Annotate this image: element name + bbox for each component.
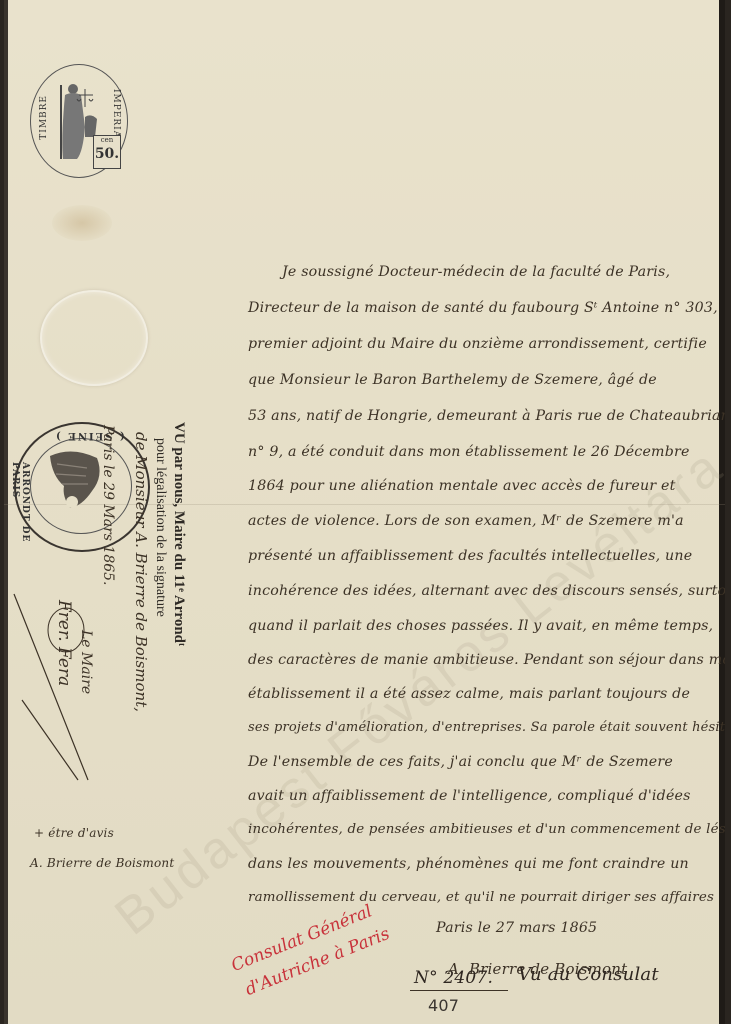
body-line: actes de violence. Lors de son examen, M… bbox=[248, 513, 684, 529]
date-line: Paris le 27 mars 1865 bbox=[436, 920, 597, 936]
document-page: Budapest Főváros Levéltára TIMBRE IMPERI… bbox=[4, 0, 725, 1024]
legalisation-handwritten-line1: de Monsieur A. Brierre de Boismont, bbox=[132, 432, 150, 712]
body-line: dans les mouvements, phénomènes qui me f… bbox=[248, 856, 689, 872]
legalisation-printed-line1: VU par nous, Maire du 11ᵉ Arrondᵗ bbox=[170, 422, 187, 646]
body-line: que Monsieur le Baron Barthelemy de Szem… bbox=[248, 372, 657, 388]
margin-note-line2: A. Brierre de Boismont bbox=[30, 856, 174, 870]
body-line: avait un affaiblissement de l'intelligen… bbox=[248, 788, 691, 804]
stamp-left-text: TIMBRE bbox=[39, 95, 49, 140]
stamp-value-box: cen 50. bbox=[93, 135, 121, 169]
body-line: incohérentes, de pensées ambitieuses et … bbox=[248, 822, 725, 837]
consulate-ref-text: Vu au Consulat bbox=[518, 964, 659, 985]
body-line: ses projets d'amélioration, d'entreprise… bbox=[248, 720, 725, 735]
consulate-ref-number: N° 2407. bbox=[414, 968, 493, 988]
body-line: Directeur de la maison de santé du faubo… bbox=[248, 300, 718, 316]
ref-underline bbox=[410, 990, 508, 991]
body-line: premier adjoint du Maire du onzième arro… bbox=[248, 336, 707, 352]
stamp-value: 50. bbox=[94, 145, 120, 163]
scan-edge-left bbox=[4, 0, 8, 1024]
body-line: 53 ans, natif de Hongrie, demeurant à Pa… bbox=[248, 408, 725, 424]
body-line: incohérence des idées, alternant avec de… bbox=[248, 583, 725, 599]
seal-ring-text: ARRONDT DE PARIS bbox=[10, 462, 30, 550]
body-line: Je soussigné Docteur-médecin de la facul… bbox=[282, 264, 670, 280]
stamp-unit: cen bbox=[94, 136, 120, 145]
body-line: n° 9, a été conduit dans mon établisseme… bbox=[248, 444, 690, 460]
body-line: 1864 pour une aliénation mentale avec ac… bbox=[248, 478, 676, 494]
archive-number: 407 bbox=[428, 996, 459, 1015]
margin-note-line1: + étre d'avis bbox=[34, 826, 114, 840]
legalisation-handwritten-line2: Paris le 29 Mars 1865. bbox=[100, 425, 116, 586]
signature-flourish bbox=[8, 590, 98, 790]
embossed-seal bbox=[40, 290, 148, 386]
body-line: établissement il a été assez calme, mais… bbox=[248, 686, 690, 702]
paper-stain bbox=[52, 205, 112, 241]
body-line: présenté un affaiblissement des facultés… bbox=[248, 548, 692, 564]
body-line: ramollissement du cerveau, et qu'il ne p… bbox=[248, 890, 714, 905]
legalisation-printed-line2: pour légalisation de la signature bbox=[152, 438, 168, 617]
body-line: des caractères de manie ambitieuse. Pend… bbox=[248, 652, 725, 668]
body-line: quand il parlait des choses passées. Il … bbox=[248, 618, 713, 634]
scan-edge-right bbox=[719, 0, 725, 1024]
mairie-seal: ( SEINE ) ARRONDT DE PARIS bbox=[14, 422, 150, 552]
fiscal-stamp: TIMBRE IMPERIAL. cen 50. bbox=[30, 64, 128, 178]
body-line: De l'ensemble de ces faits, j'ai conclu … bbox=[248, 754, 673, 770]
